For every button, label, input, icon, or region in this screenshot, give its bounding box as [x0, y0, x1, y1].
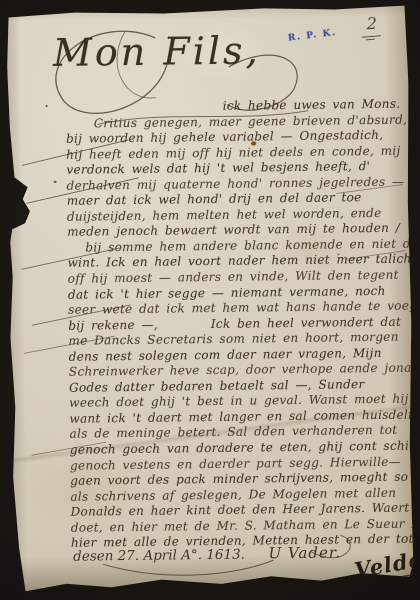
- paper-speck: [337, 253, 339, 255]
- archive-stamp: R. P. K.: [287, 28, 337, 44]
- letter-salutation: Mon Fils,: [53, 28, 261, 75]
- manuscript-paper: Mon Fils, 2 R. P. K. ick hebbe uwes van …: [4, 3, 416, 596]
- page-number-underline: [366, 39, 375, 41]
- letter-dateline: desen 27. April A°. 1613.: [73, 547, 245, 565]
- paper-speck: [54, 181, 57, 183]
- letter-dateline-row: desen 27. April A°. 1613. U Vader.: [73, 543, 341, 564]
- letter-body: ick hebbe uwes van Mons. Critius genegen…: [66, 97, 413, 552]
- paper-speck: [46, 105, 48, 107]
- archivist-annotation: Velde: [350, 545, 420, 585]
- archive-page-number: 2: [367, 14, 377, 33]
- photograph-background: Mon Fils, 2 R. P. K. ick hebbe uwes van …: [0, 0, 420, 600]
- ink-blot: [251, 141, 256, 145]
- letter-closing: U Vader.: [268, 543, 341, 562]
- page-number-underline: [362, 35, 381, 38]
